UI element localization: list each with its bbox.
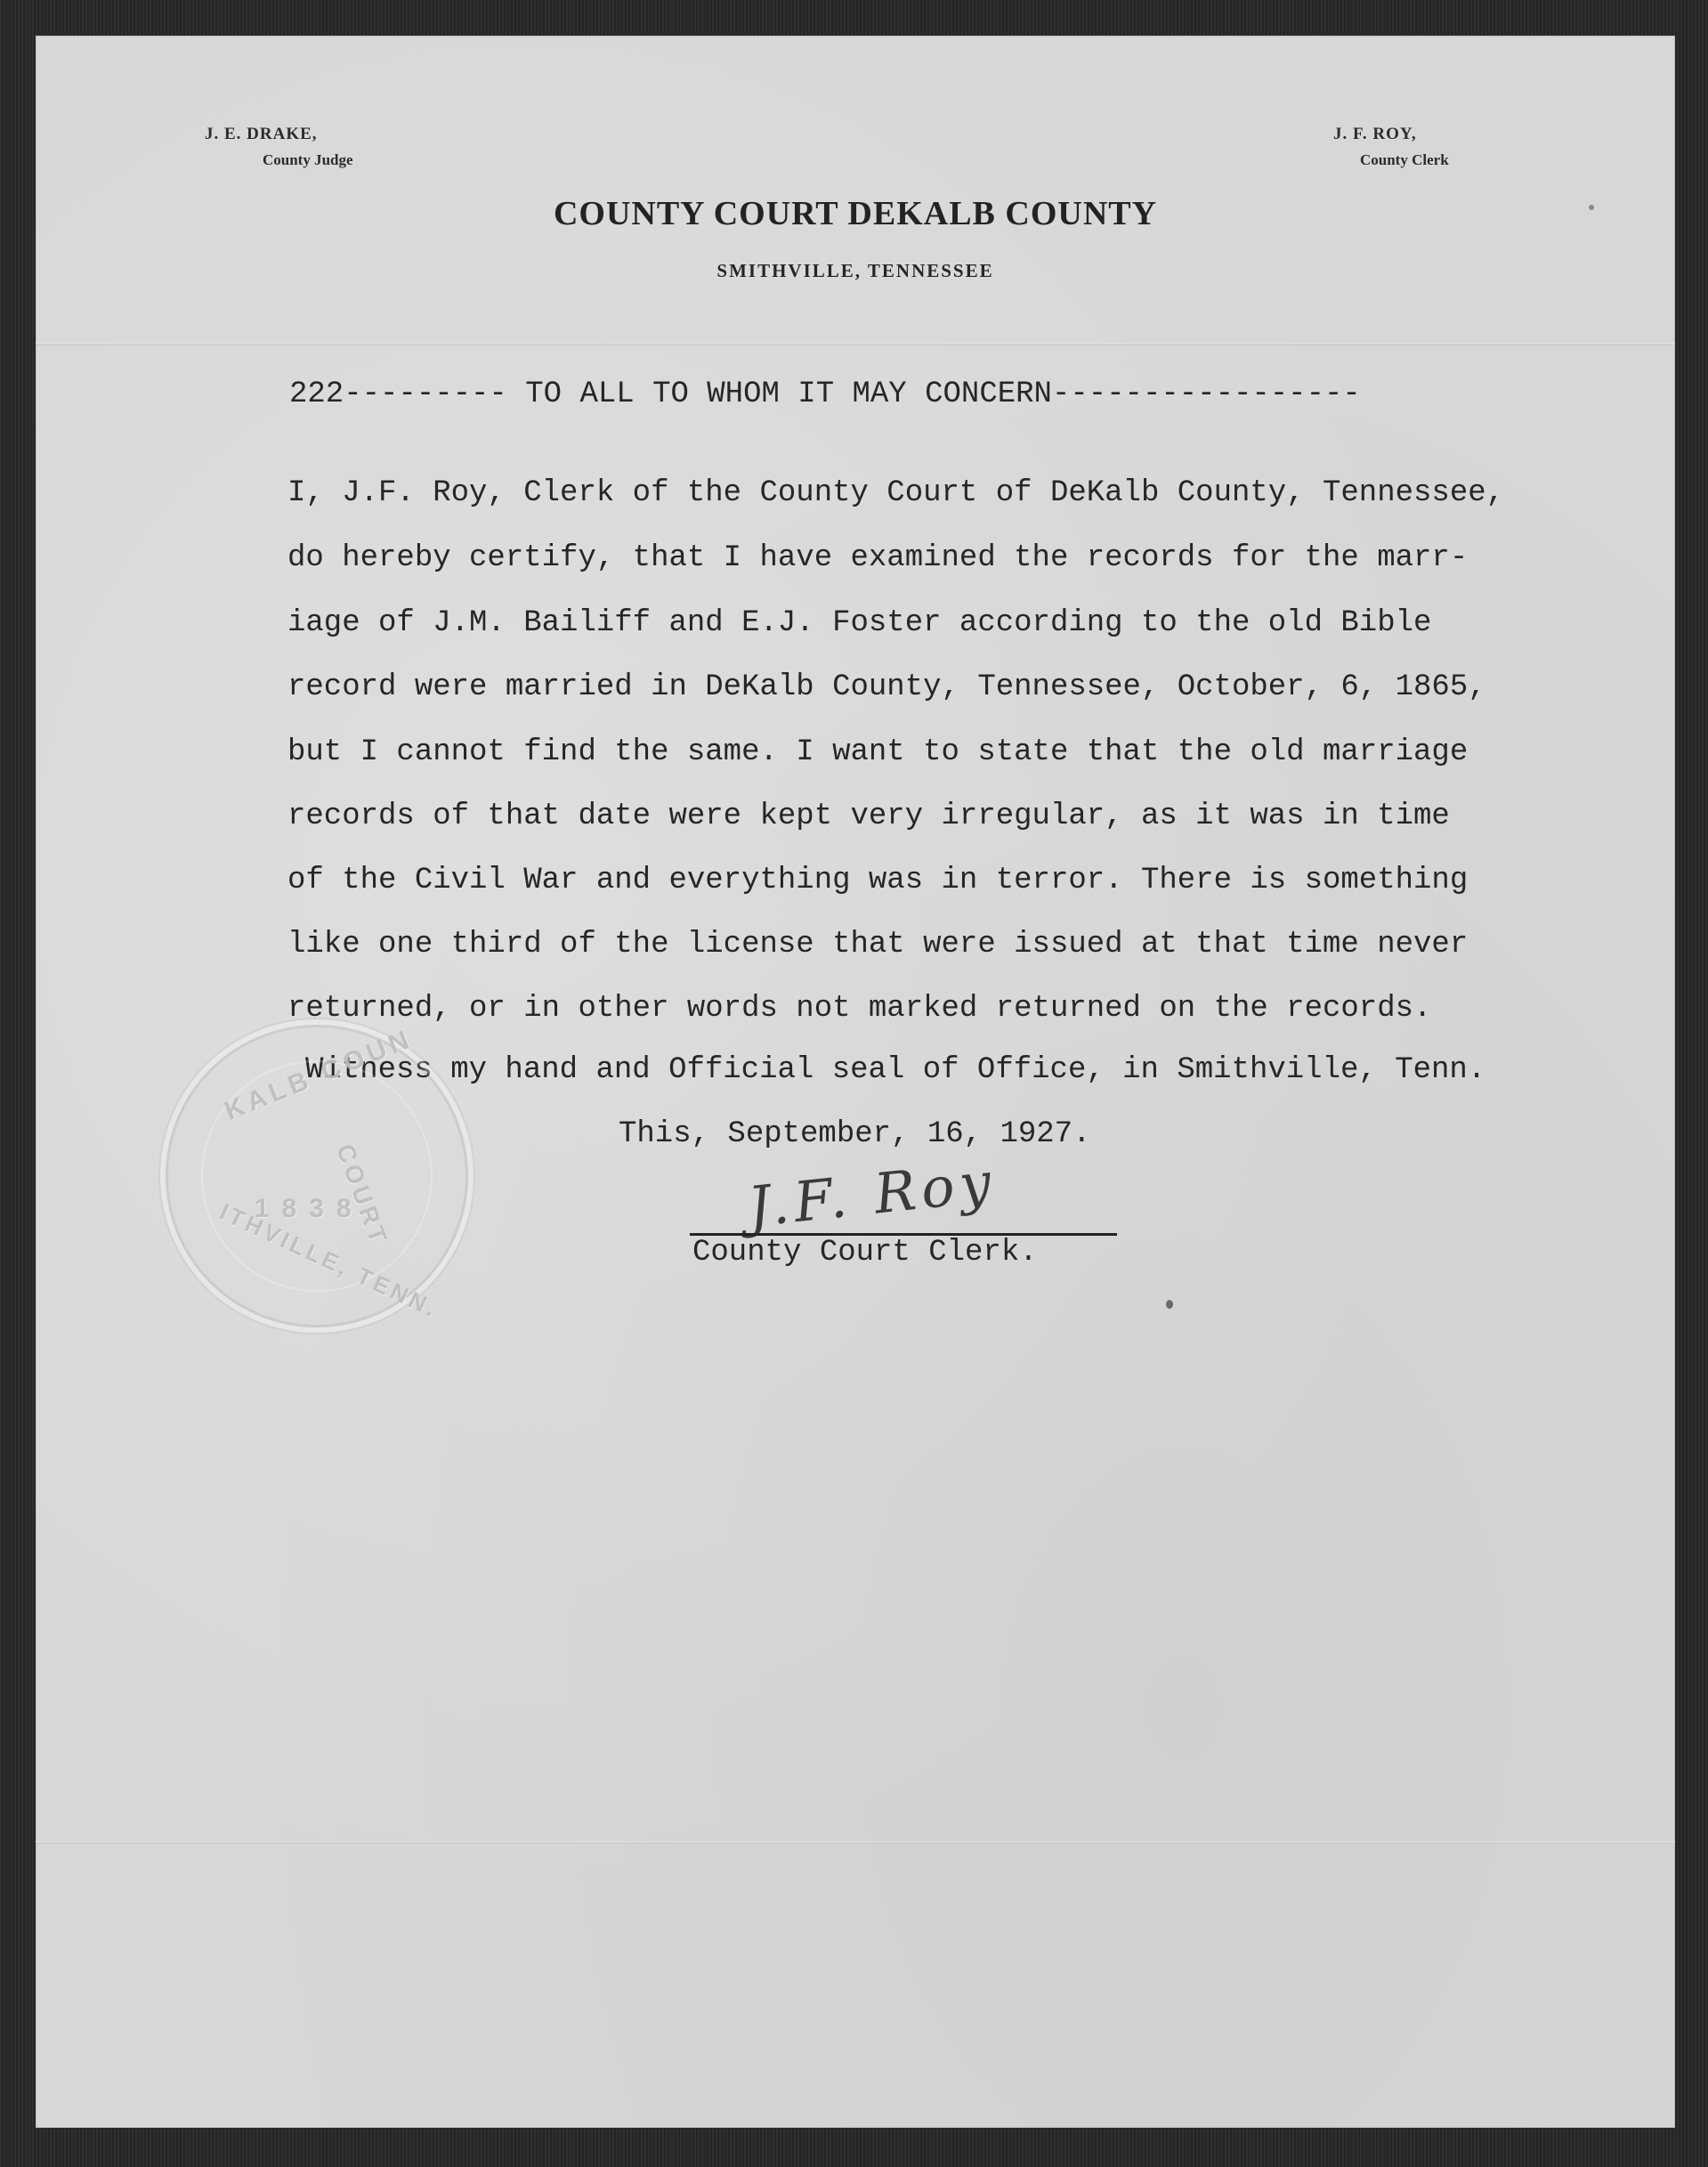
witness-line: Witness my hand and Official seal of Off… <box>305 1053 1485 1087</box>
body-line: do hereby certify, that I have examined … <box>287 541 1468 575</box>
letter-page: J. E. DRAKE, County Judge J. F. ROY, Cou… <box>36 36 1675 2128</box>
judge-name: J. E. DRAKE, <box>205 125 353 144</box>
body-line: records of that date were kept very irre… <box>287 799 1450 833</box>
body-line: record were married in DeKalb County, Te… <box>287 670 1486 704</box>
signature-title: County Court Clerk. <box>692 1236 1038 1270</box>
date-line: This, September, 16, 1927. <box>619 1117 1091 1151</box>
paper-fold-line <box>36 1841 1675 1844</box>
paper-fold-line <box>36 343 1675 345</box>
salutation: 222--------- TO ALL TO WHOM IT MAY CONCE… <box>289 377 1361 411</box>
body-line: iage of J.M. Bailiff and E.J. Foster acc… <box>287 606 1431 640</box>
clerk-role: County Clerk <box>1360 151 1449 169</box>
body-line: I, J.F. Roy, Clerk of the County Court o… <box>287 476 1504 510</box>
judge-role: County Judge <box>263 151 353 169</box>
paper-speck <box>1166 1300 1173 1309</box>
clerk-name: J. F. ROY, <box>1333 125 1449 144</box>
embossed-seal-icon: KALB COUN COURT 1838 ITHVILLE, TENN. <box>160 1019 474 1333</box>
handwritten-signature: J.F. Roy <box>745 1149 1000 1240</box>
letterhead-title: COUNTY COURT DEKALB COUNTY <box>36 194 1675 233</box>
letterhead-clerk: J. F. ROY, County Clerk <box>1333 125 1449 169</box>
letterhead-judge: J. E. DRAKE, County Judge <box>205 125 353 169</box>
paper-speck <box>1589 205 1594 210</box>
body-line: of the Civil War and everything was in t… <box>287 864 1468 897</box>
letterhead-subtitle: SMITHVILLE, TENNESSEE <box>36 260 1675 282</box>
body-line: but I cannot find the same. I want to st… <box>287 735 1468 769</box>
body-line: returned, or in other words not marked r… <box>287 992 1431 1026</box>
body-line: like one third of the license that were … <box>287 928 1468 962</box>
